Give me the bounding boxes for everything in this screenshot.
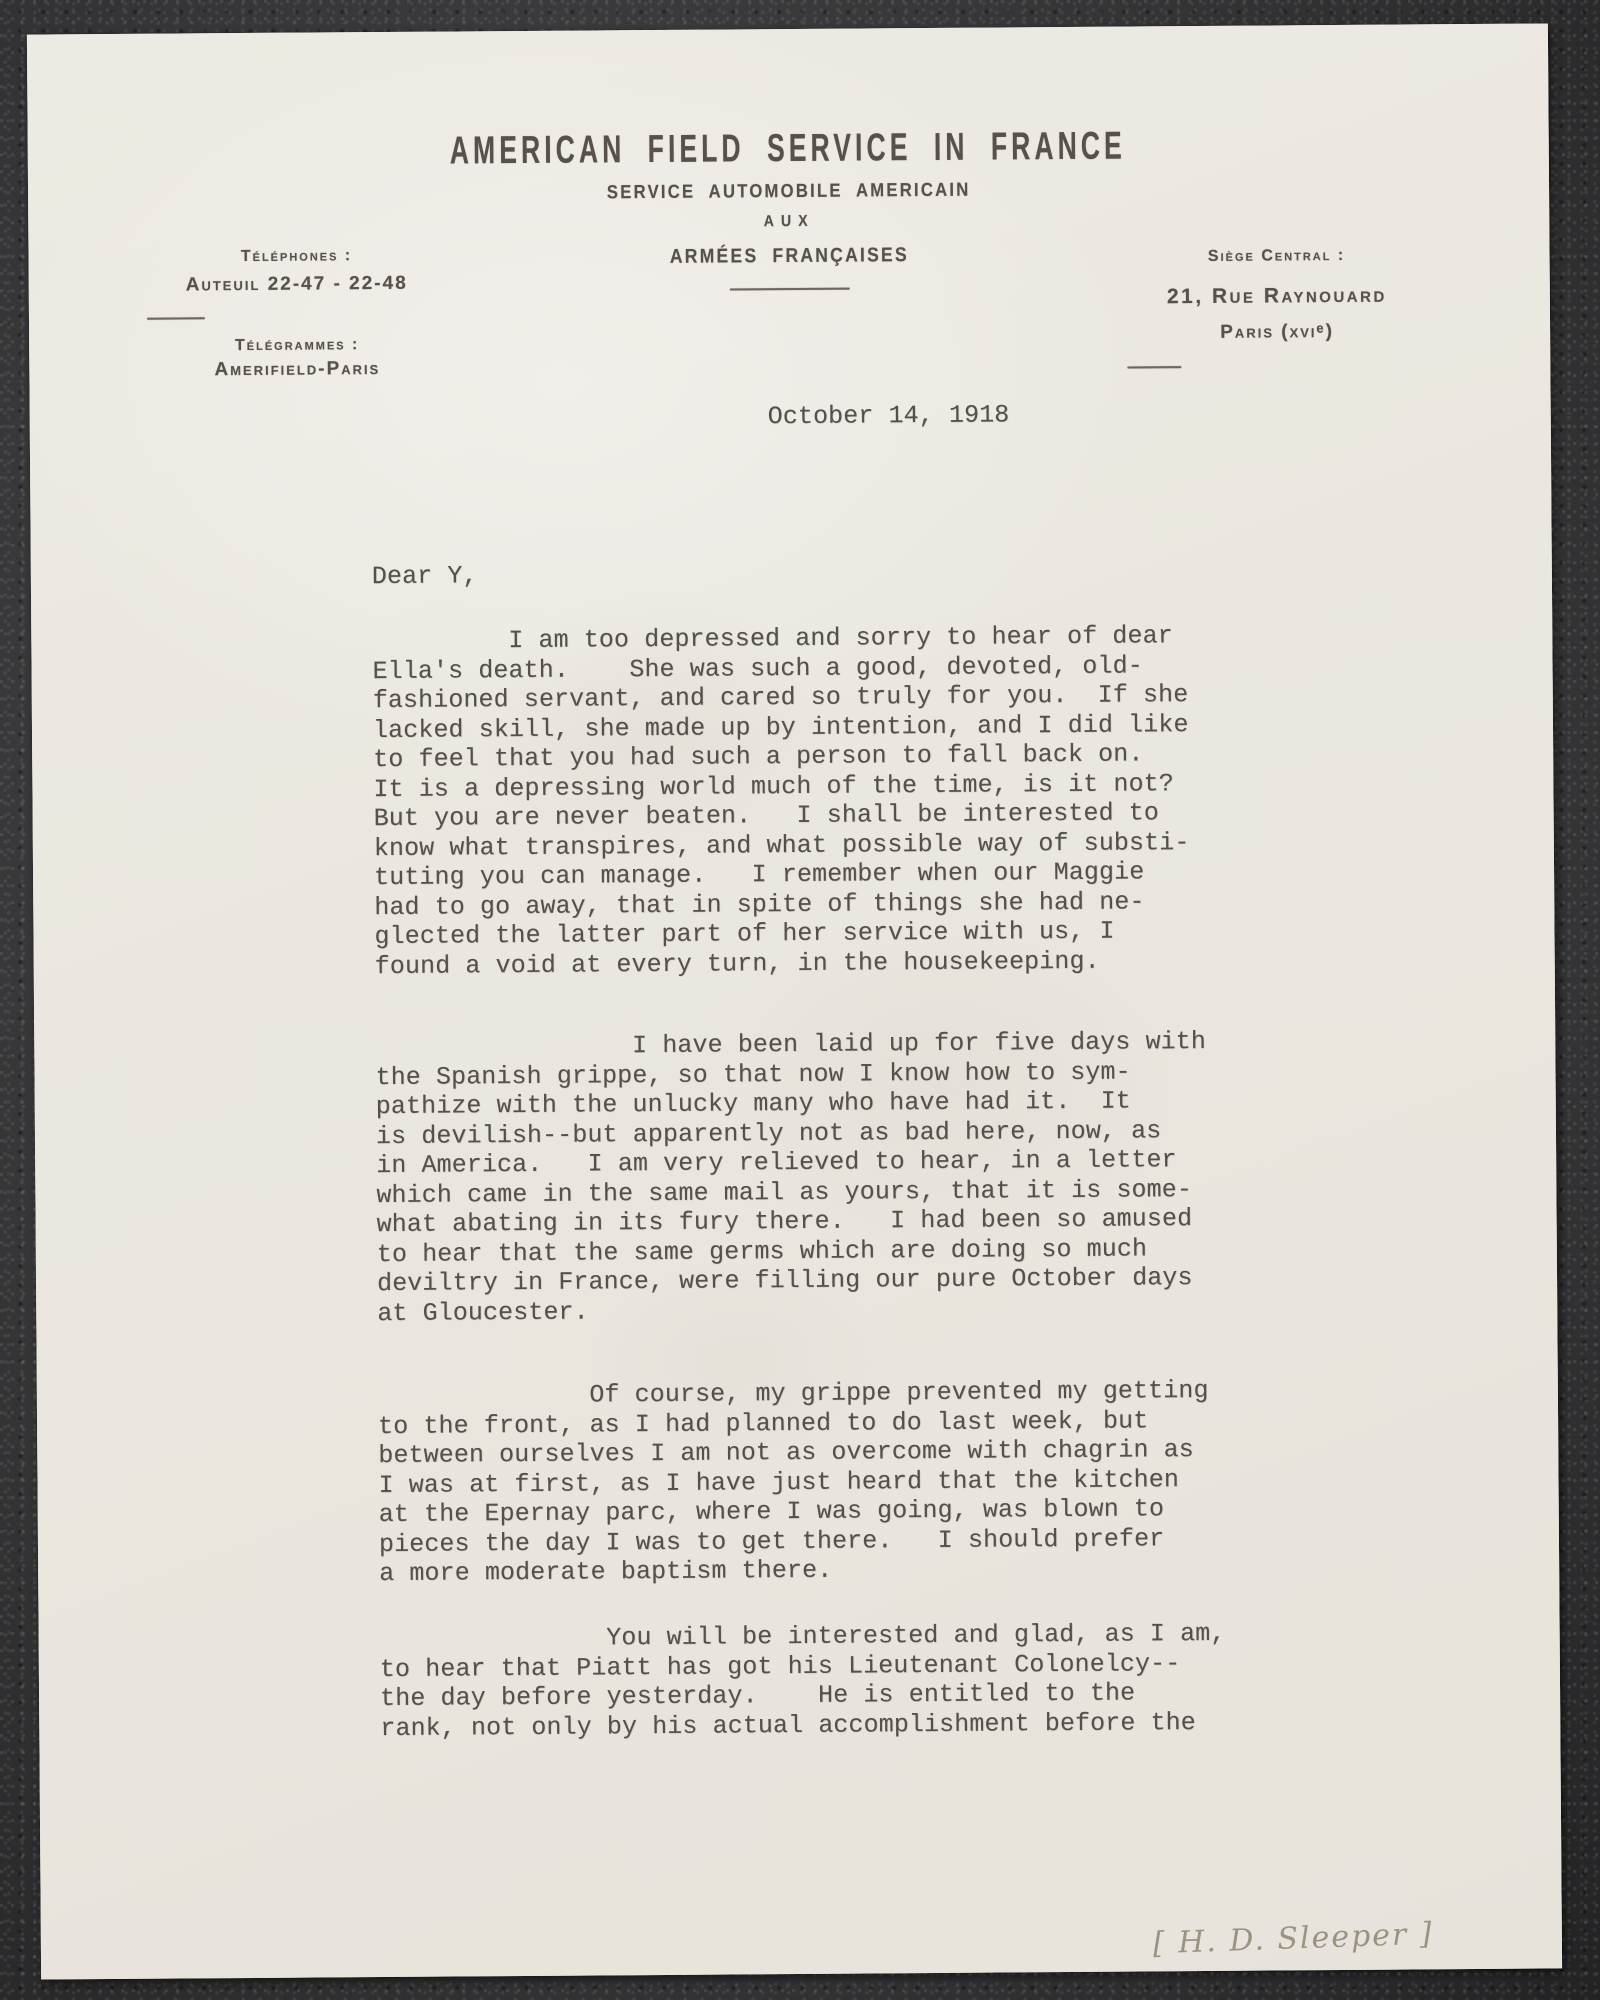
letterhead-center-rule — [730, 288, 850, 291]
letter-paper: AMERICAN FIELD SERVICE IN FRANCE SERVICE… — [27, 23, 1562, 1979]
address-street: 21, Rue Raynouard — [1127, 283, 1427, 309]
letterhead-title-text: AMERICAN FIELD SERVICE IN FRANCE — [450, 125, 1126, 174]
telegrams-value: Amerifield-Paris — [147, 358, 447, 382]
right-block-rule — [1127, 366, 1181, 368]
letter-date: October 14, 1918 — [768, 400, 1010, 431]
siege-central-label: Siège Central : — [1126, 246, 1426, 266]
letter-paragraph-2: I have been laid up for five days with t… — [375, 1027, 1208, 1328]
left-block-rule — [147, 317, 205, 319]
telephones-value: Auteuil 22-47 - 22-48 — [147, 273, 447, 297]
letter-paragraph-3: Of course, my grippe prevented my gettin… — [378, 1376, 1210, 1589]
letter-salutation: Dear Y, — [372, 561, 478, 591]
scanned-letter-page: { "letterhead": { "title": "AMERICAN FIE… — [0, 0, 1600, 2000]
telephones-label: Téléphones : — [146, 247, 446, 267]
letter-paragraph-4: You will be interested and glad, as I am… — [380, 1619, 1227, 1743]
letter-paragraph-1: I am too depressed and sorry to hear of … — [372, 621, 1190, 981]
telegrams-label: Télégrammes : — [147, 336, 447, 356]
address-city: Paris (xviᵉ) — [1127, 320, 1427, 344]
